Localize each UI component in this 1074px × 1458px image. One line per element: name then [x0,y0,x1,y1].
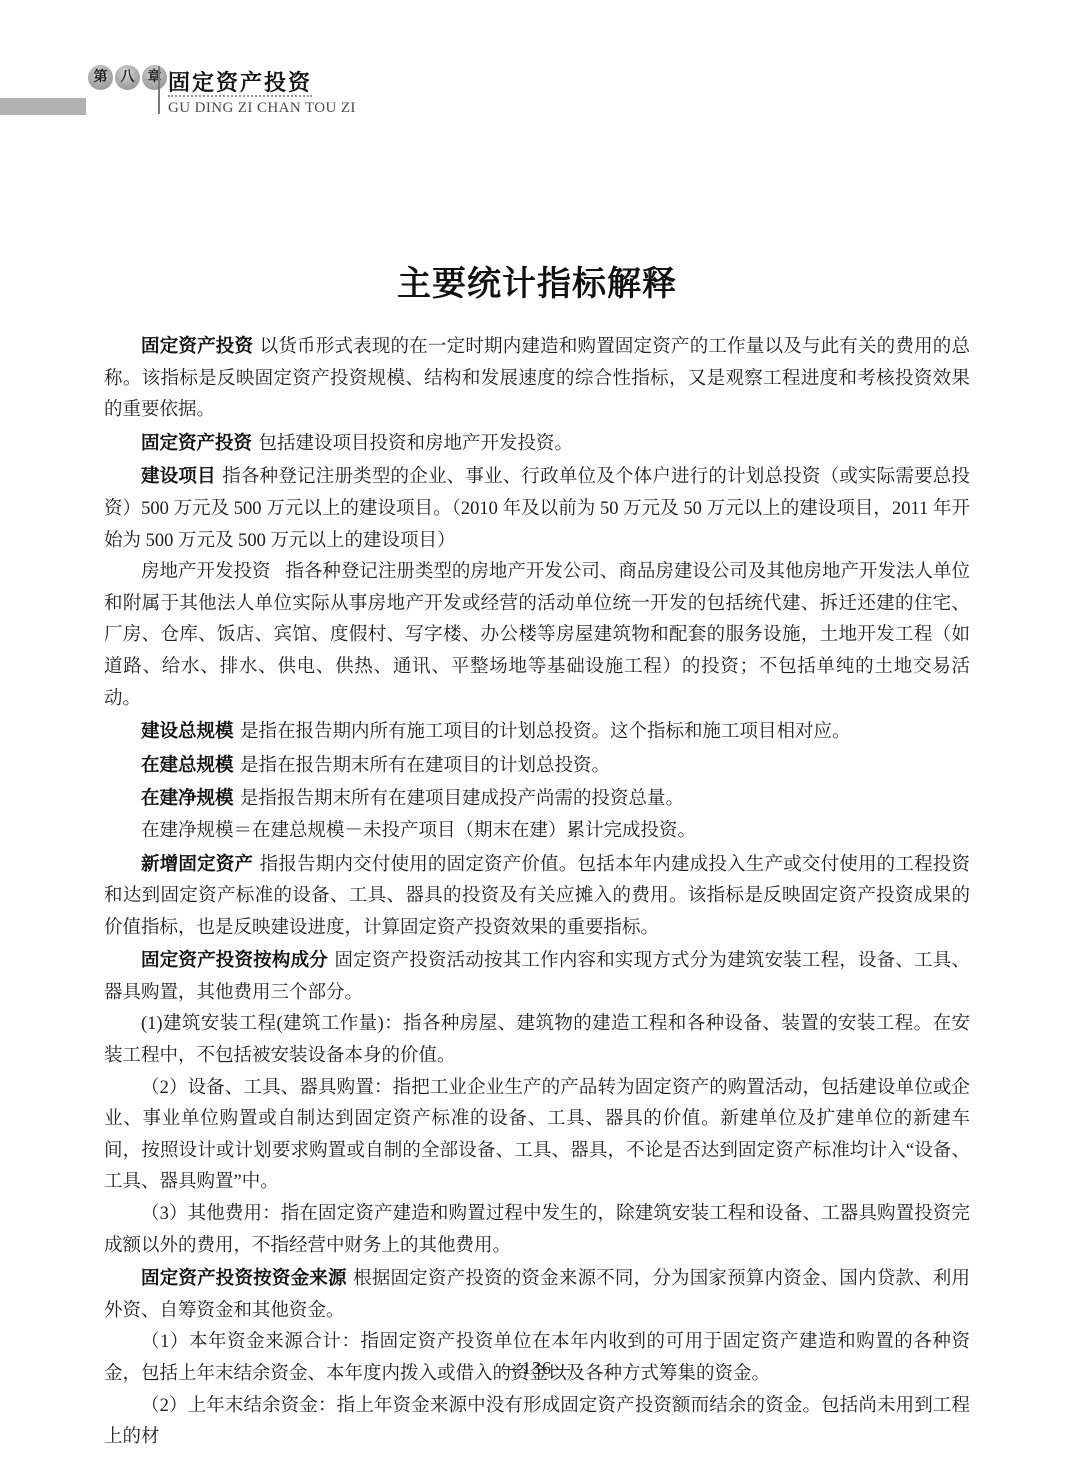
paragraph: （2）上年末结余资金：指上年资金来源中没有形成固定资产投资额而结余的资金。包括尚… [104,1391,970,1454]
paragraph: 固定资产投资以货币形式表现的在一定时期内建造和购置固定资产的工作量以及与此有关的… [104,330,970,427]
paragraph-lead: 固定资产投资 [141,335,253,356]
paragraph-text: （2）设备、工具、器具购置：指把工业企业生产的产品转为固定资产的购置活动，包括建… [104,1078,970,1193]
paragraph: 建设总规模是指在报告期内所有施工项目的计划总投资。这个指标和施工项目相对应。 [104,715,970,749]
header-vertical-divider [158,66,160,114]
paragraph-text: 是指在报告期末所有在建项目的计划总投资。 [240,756,610,776]
paragraph-text: 在建净规模＝在建总规模－未投产项目（期末在建）累计完成投资。 [141,821,696,841]
paragraph: 在建净规模是指报告期末所有在建项目建成投产尚需的投资总量。 [104,782,970,816]
header-left-bar [0,98,86,115]
paragraph-text: 包括建设项目投资和房地产开发投资。 [258,434,573,454]
chapter-char-circle: 八 [115,65,140,90]
chapter-pinyin: GU DING ZI CHAN TOU ZI [168,100,356,117]
paragraph-text: (1)建筑安装工程(建筑工作量)：指各种房屋、建筑物的建造工程和各种设备、装置的… [104,1014,970,1066]
paragraph-text: 是指报告期末所有在建项目建成投产尚需的投资总量。 [240,789,684,809]
paragraph-lead: 在建总规模 [141,754,234,775]
paragraph: 在建总规模是指在报告期末所有在建项目的计划总投资。 [104,749,970,783]
paragraph: 新增固定资产指报告期内交付使用的固定资产价值。包括本年内建成投入生产或交付使用的… [104,848,970,945]
paragraph-lead: 固定资产投资 [141,432,252,453]
paragraph: 固定资产投资包括建设项目投资和房地产开发投资。 [104,427,970,461]
paragraph-lead: 新增固定资产 [141,853,253,874]
chapter-char-circle: 章 [142,65,167,90]
document-page: 第八章 固定资产投资 GU DING ZI CHAN TOU ZI 主要统计指标… [0,0,1074,1458]
paragraph-lead: 在建净规模 [141,787,234,808]
paragraph-text: （3）其他费用：指在固定资产建造和购置过程中发生的，除建筑安装工程和设备、工器具… [104,1204,970,1256]
paragraph-text: 指各种登记注册类型的房地产开发公司、商品房建设公司及其他房地产开发法人单位和附属… [104,562,970,708]
header-dotted-rule [168,95,312,97]
chapter-header: 第八章 固定资产投资 GU DING ZI CHAN TOU ZI [0,0,1074,140]
chapter-char-circle: 第 [88,65,113,90]
paragraph-text: 指各种登记注册类型的企业、事业、行政单位及个体户进行的计划总投资（或实际需要总投… [104,467,970,550]
paragraph: （3）其他费用：指在固定资产建造和购置过程中发生的，除建筑安装工程和设备、工器具… [104,1199,970,1262]
article-body: 固定资产投资以货币形式表现的在一定时期内建造和购置固定资产的工作量以及与此有关的… [104,330,970,1454]
paragraph: （2）设备、工具、器具购置：指把工业企业生产的产品转为固定资产的购置活动，包括建… [104,1073,970,1199]
paragraph-lead: 固定资产投资按构成分 [141,949,328,970]
paragraph: 固定资产投资按资金来源根据固定资产投资的资金来源不同，分为国家预算内资金、国内贷… [104,1262,970,1327]
page-number: —136— [0,1358,1074,1379]
paragraph: 固定资产投资按构成分固定资产投资活动按其工作内容和实现方式分为建筑安装工程，设备… [104,944,970,1009]
page-title: 主要统计指标解释 [0,256,1074,305]
paragraph: 在建净规模＝在建总规模－未投产项目（期末在建）累计完成投资。 [104,816,970,848]
paragraph: 房地产开发投资指各种登记注册类型的房地产开发公司、商品房建设公司及其他房地产开发… [104,557,970,715]
chapter-title: 固定资产投资 [168,66,312,97]
paragraph: (1)建筑安装工程(建筑工作量)：指各种房屋、建筑物的建造工程和各种设备、装置的… [104,1009,970,1072]
paragraph-lead: 固定资产投资按资金来源 [141,1267,347,1288]
paragraph-text: 是指在报告期内所有施工项目的计划总投资。这个指标和施工项目相对应。 [240,722,851,742]
paragraph-lead: 建设项目 [141,465,216,486]
paragraph: 建设项目指各种登记注册类型的企业、事业、行政单位及个体户进行的计划总投资（或实际… [104,460,970,557]
paragraph-lead: 房地产开发投资 [141,562,271,582]
paragraph-lead: 建设总规模 [141,720,234,741]
paragraph-text: （2）上年末结余资金：指上年资金来源中没有形成固定资产投资额而结余的资金。包括尚… [104,1396,970,1448]
chapter-badge: 第八章 [88,65,167,90]
